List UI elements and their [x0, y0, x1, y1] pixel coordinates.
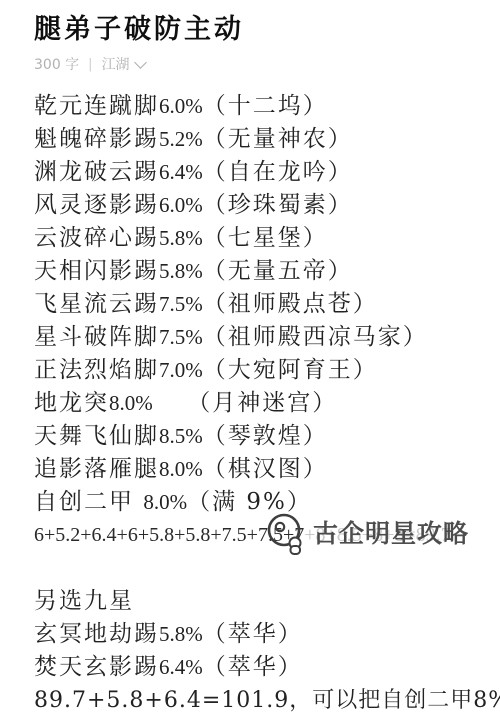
skill-percent: 5.8%: [159, 226, 203, 250]
skill-name: 魁魄碎影踢: [34, 126, 159, 152]
formula-line: 6+5.2+6.4+6+5.8+5.8+7.5+7.5+7+8+8.5+8+8=…: [34, 519, 470, 552]
note-document: 腿弟子破防主动 300 字 | 江湖 乾元连蹴脚6.0%（十二坞） 魁魄碎影踢5…: [0, 0, 500, 716]
alt-section-heading: 另选九星: [34, 585, 470, 618]
skill-percent: 5.8%: [159, 259, 203, 283]
skill-row: 云波碎心踢5.8%（七星堡）: [34, 222, 470, 255]
skill-location: （无量神农）: [203, 126, 353, 152]
skill-location: （棋汉图）: [203, 456, 328, 482]
watermark: 古企明星攻略: [266, 510, 469, 556]
page-title: 腿弟子破防主动: [34, 13, 470, 47]
skill-row: 星斗破阵脚7.5%（祖师殿西凉马家）: [34, 321, 470, 354]
skill-percent: 6.0%: [159, 94, 203, 118]
skill-row: 追影落雁腿8.0%（棋汉图）: [34, 453, 470, 486]
skill-list: 乾元连蹴脚6.0%（十二坞） 魁魄碎影踢5.2%（无量神农） 渊龙破云踢6.4%…: [34, 90, 470, 716]
skill-percent: 8.5%: [159, 424, 203, 448]
skill-location: （祖师殿点苍）: [203, 291, 378, 317]
skill-row: 地龙突8.0% （月神迷宫）: [34, 387, 470, 420]
meta-divider: |: [88, 57, 92, 72]
skill-name: 天舞飞仙脚: [34, 423, 159, 449]
skill-gap: [153, 390, 199, 416]
skill-percent: 7.5%: [159, 325, 203, 349]
skill-row: 渊龙破云踢6.4%（自在龙吟）: [34, 156, 470, 189]
skill-row: 魁魄碎影踢5.2%（无量神农）: [34, 123, 470, 156]
watermark-logo-icon: [266, 510, 308, 556]
skill-name: 天相闪影踢: [34, 258, 159, 284]
skill-location: （无量五帝）: [203, 258, 353, 284]
skill-row: 乾元连蹴脚6.0%（十二坞）: [34, 90, 470, 123]
alt-skill-row: 焚天玄影踢6.4%（萃华）: [34, 651, 470, 684]
skill-row: 飞星流云踢7.5%（祖师殿点苍）: [34, 288, 470, 321]
skill-name: 飞星流云踢: [34, 291, 159, 317]
skill-name: 自创二甲: [34, 489, 143, 515]
skill-location: （萃华）: [203, 654, 303, 680]
skill-percent: 7.0%: [159, 358, 203, 382]
skill-percent: 8.0%: [143, 490, 187, 514]
skill-name: 云波碎心踢: [34, 225, 159, 251]
chevron-down-icon: [134, 56, 147, 69]
skill-percent: 8.0%: [109, 391, 153, 415]
skill-name: 风灵逐影踢: [34, 192, 159, 218]
formula-visible: 6+5.2+6.4+6+5.8+5.8+7.5+7.5+7: [34, 524, 304, 546]
skill-name: 焚天玄影踢: [34, 654, 159, 680]
skill-location: （十二坞）: [203, 93, 328, 119]
skill-name: 地龙突: [34, 390, 109, 416]
meta-bar: 300 字 | 江湖: [34, 54, 470, 74]
section-spacer: [34, 552, 470, 585]
word-count: 300 字: [34, 54, 79, 74]
conclusion-line: 89.7+5.8+6.4=101.9，可以把自创二甲8%压到6.1%: [34, 684, 470, 716]
skill-location: （大宛阿育王）: [203, 357, 378, 383]
skill-row: 正法烈焰脚7.0%（大宛阿育王）: [34, 354, 470, 387]
skill-location: （琴敦煌）: [203, 423, 328, 449]
skill-location: （七星堡）: [203, 225, 328, 251]
skill-name: 正法烈焰脚: [34, 357, 159, 383]
skill-name: 玄冥地劫踢: [34, 621, 159, 647]
skill-percent: 8.0%: [159, 457, 203, 481]
skill-name: 乾元连蹴脚: [34, 93, 159, 119]
skill-location: （萃华）: [203, 621, 303, 647]
skill-row: 天相闪影踢5.8%（无量五帝）: [34, 255, 470, 288]
skill-row: 天舞飞仙脚8.5%（琴敦煌）: [34, 420, 470, 453]
watermark-text: 古企明星攻略: [313, 517, 469, 550]
skill-name: 星斗破阵脚: [34, 324, 159, 350]
skill-percent: 6.4%: [159, 655, 203, 679]
skill-percent: 5.2%: [159, 127, 203, 151]
category-label: 江湖: [102, 54, 130, 74]
skill-percent: 6.4%: [159, 160, 203, 184]
skill-percent: 7.5%: [159, 292, 203, 316]
skill-name: 追影落雁腿: [34, 456, 159, 482]
skill-location: （月神迷宫）: [199, 390, 338, 416]
skill-percent: 6.0%: [159, 193, 203, 217]
skill-percent: 5.8%: [159, 622, 203, 646]
alt-skill-row: 玄冥地劫踢5.8%（萃华）: [34, 618, 470, 651]
skill-name: 渊龙破云踢: [34, 159, 159, 185]
skill-row: 风灵逐影踢6.0%（珍珠蜀素）: [34, 189, 470, 222]
category-selector[interactable]: 江湖: [102, 54, 145, 74]
skill-location: （自在龙吟）: [203, 159, 353, 185]
skill-location: （珍珠蜀素）: [203, 192, 353, 218]
skill-location: （祖师殿西凉马家）: [203, 324, 428, 350]
